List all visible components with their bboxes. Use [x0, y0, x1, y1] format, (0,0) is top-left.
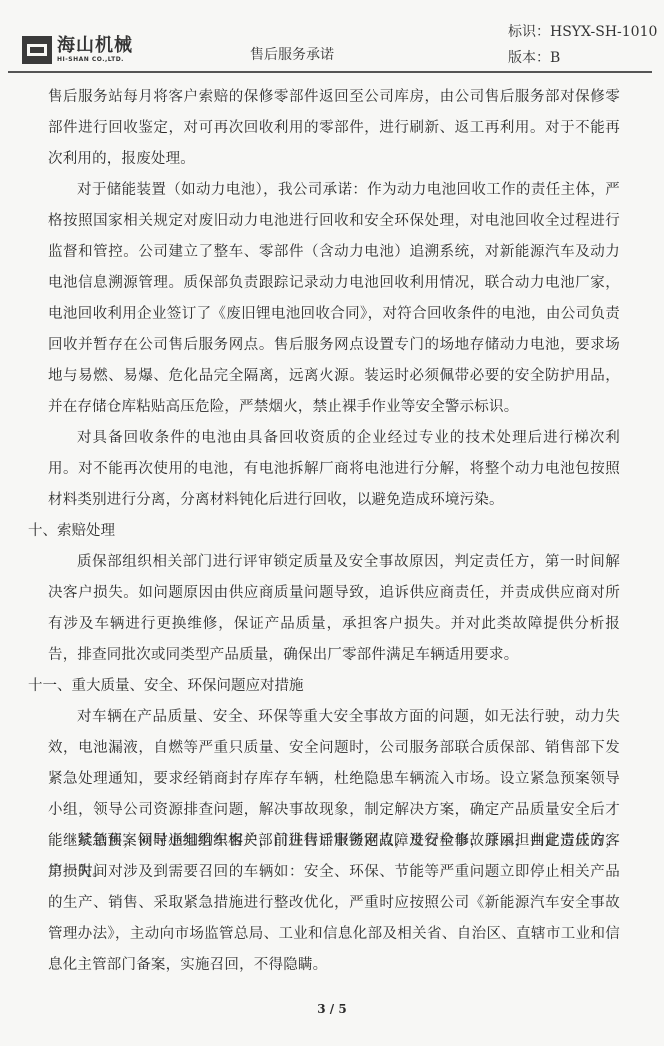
- document-header: 海山机械 HI-SHAN CO.,LTD. 售后服务承诺 标识：HSYX-SH-…: [0, 0, 664, 72]
- paragraph-battery-reuse: 对具备回收条件的电池由具备回收资质的企业经过专业的技术处理后进行梯次利用。对不能…: [48, 423, 620, 516]
- section-heading-10: 十、索赔处理: [28, 516, 115, 547]
- document-version: 版本：B: [508, 47, 560, 67]
- section-heading-11: 十一、重大质量、安全、环保问题应对措施: [28, 671, 304, 702]
- paragraph-battery-commitment: 对于储能装置（如动力电池），我公司承诺：作为动力电池回收工作的责任主体，严格按照…: [48, 175, 620, 423]
- paragraph-emergency-recall: 紧急预案领导小组组织相关部门进行评审锁定故障及安全事故原因，判定责任方，第一时间…: [48, 826, 620, 981]
- paragraph-parts-recycling: 售后服务站每月将客户索赔的保修零部件返回至公司库房，由公司售后服务部对保修零部件…: [48, 82, 620, 175]
- paragraph-claims: 质保部组织相关部门进行评审锁定质量及安全事故原因，判定责任方，第一时间解决客户损…: [48, 547, 620, 671]
- logo-chinese-name: 海山机械: [57, 37, 133, 55]
- document-id: 标识：HSYX-SH-1010: [508, 21, 657, 41]
- logo-english-name: HI-SHAN CO.,LTD.: [57, 57, 133, 63]
- header-divider: [8, 71, 652, 73]
- page-number: 3 / 5: [0, 1002, 664, 1016]
- hishan-logo-icon: [22, 36, 52, 64]
- company-logo: 海山机械 HI-SHAN CO.,LTD.: [22, 36, 133, 64]
- document-title: 售后服务承诺: [250, 44, 334, 64]
